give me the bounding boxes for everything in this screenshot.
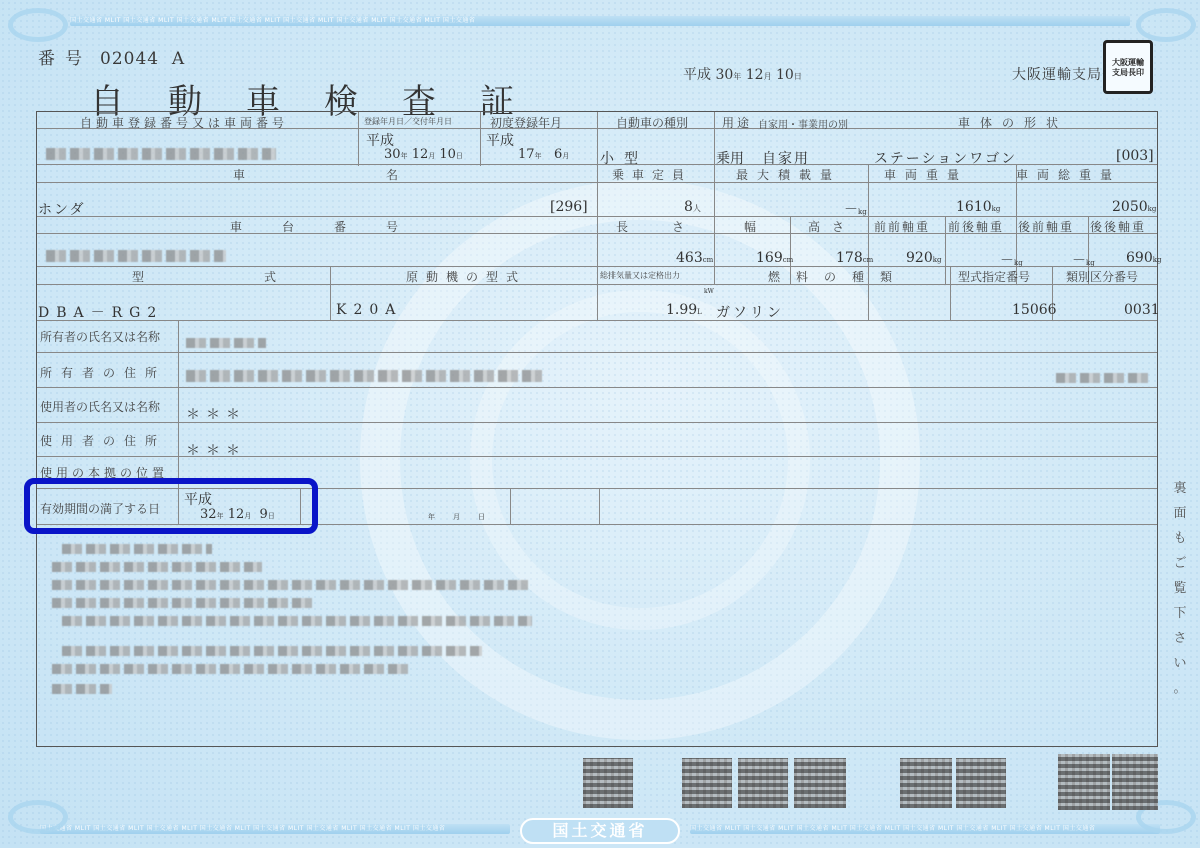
registration-number-redacted <box>46 148 276 160</box>
remarks-redacted <box>52 580 532 590</box>
divider <box>37 387 1157 388</box>
issue-day: 10 <box>776 67 794 83</box>
issue-month-unit: 月 <box>764 72 772 81</box>
divider <box>358 112 359 166</box>
reg-month: 12 <box>412 147 429 162</box>
unit: 年 <box>401 152 408 160</box>
header-usage: 用途 <box>722 114 752 131</box>
capacity-number: 8 <box>684 199 693 215</box>
header-body-shape: 車体の形状 <box>958 114 1068 131</box>
header-type-designation: 型式指定番号 <box>958 268 1030 285</box>
header-vehicle-name-2: 名 <box>386 166 398 183</box>
divider <box>714 112 715 284</box>
serial-number: 番号02044 A <box>38 44 185 69</box>
height-number: 178 <box>836 250 863 266</box>
unit: cm <box>703 256 714 264</box>
issue-date: 平成 30年 12月 10日 <box>683 64 802 84</box>
note-char: も <box>1170 526 1190 551</box>
header-owner-address: 所有者の住所 <box>40 364 166 381</box>
header-fuel: 燃料の種類 <box>768 268 908 285</box>
engine-model-value: K20A <box>336 302 402 318</box>
expiry-highlight-box <box>24 478 318 534</box>
divider <box>37 320 1157 321</box>
chassis-number-redacted <box>46 250 226 262</box>
header-category-number: 類別区分番号 <box>1066 268 1138 285</box>
displacement-unit-kw: kW <box>704 288 714 295</box>
capacity-value: 8人 <box>684 199 701 215</box>
unit: 年 <box>535 152 542 160</box>
note-char: 覧 <box>1170 576 1190 601</box>
header-capacity: 乗車定員 <box>612 166 692 183</box>
unit: cm <box>783 256 794 264</box>
note-char: さ <box>1170 626 1190 651</box>
remarks-redacted <box>62 544 212 554</box>
owner-address-code-redacted <box>1056 373 1150 383</box>
owner-address-redacted <box>186 370 546 382</box>
header-registration-date: 登録年月日／交付年月日 <box>364 116 452 127</box>
body-shape-code: [003] <box>1116 148 1154 164</box>
unit: cm <box>863 256 874 264</box>
reg-day: 10 <box>439 147 456 162</box>
first-month: 6 <box>554 147 562 162</box>
unit: 月 <box>562 152 569 160</box>
unit: kg <box>933 256 942 264</box>
corner-ornament-icon <box>8 800 68 834</box>
first-registration-value: 17年 6月 <box>518 147 569 162</box>
length-number: 463 <box>676 250 703 266</box>
unit: kg <box>992 205 1001 213</box>
gross-weight-number: 2050 <box>1112 199 1148 215</box>
top-security-band: 国土交通省 MLIT 国土交通省 MLIT 国土交通省 MLIT 国土交通省 M… <box>70 16 1130 26</box>
width-number: 169 <box>756 250 783 266</box>
header-width: 幅 <box>744 218 756 235</box>
header-displacement: 総排気量又は定格出力 <box>600 270 680 281</box>
qr-code-icon <box>794 758 846 808</box>
second-date-units: 年月日 <box>428 512 503 522</box>
issuer: 大阪運輸支局長 <box>1012 64 1117 84</box>
header-registration-number: 自動車登録番号又は車両番号 <box>80 114 288 131</box>
header-usage-sub: 自家用・事業用の別 <box>758 116 848 131</box>
unit: kg <box>1148 205 1157 213</box>
note-char: 。 <box>1170 676 1190 701</box>
header-gross-weight: 車両総重量 <box>1016 166 1121 183</box>
qr-code-icon <box>738 758 788 808</box>
header-owner-name: 所有者の氏名又は名称 <box>40 328 160 345</box>
stamp-text: 大阪運輸支局長印 <box>1110 57 1146 77</box>
fuel-value: ガソリン <box>716 302 784 322</box>
bottom-security-band-left: 国土交通省 MLIT 国土交通省 MLIT 国土交通省 MLIT 国土交通省 M… <box>40 824 510 834</box>
divider <box>945 216 946 284</box>
remarks-redacted <box>52 664 412 674</box>
header-rr-axle: 後後軸重 <box>1090 218 1146 235</box>
header-vehicle-weight: 車両重量 <box>884 166 968 183</box>
displacement-number: 1.99 <box>666 302 697 318</box>
note-char: ご <box>1170 551 1190 576</box>
height-value: 178cm <box>836 250 873 266</box>
width-value: 169cm <box>756 250 793 266</box>
rf-axle-value: －kg <box>1072 250 1095 270</box>
serial-value: 02044 A <box>100 49 185 69</box>
divider <box>599 488 600 524</box>
unit: L <box>697 308 702 316</box>
header-max-load: 最大積載量 <box>736 166 841 183</box>
divider <box>868 164 869 320</box>
unit: 人 <box>693 204 701 213</box>
usage-sub-value: 自家用 <box>762 148 810 168</box>
header-length: 長さ <box>616 218 728 235</box>
type-designation-value: 15066 <box>1012 302 1057 318</box>
fr-axle-value: －kg <box>1000 250 1023 270</box>
reg-year: 30 <box>384 147 401 162</box>
issue-day-unit: 日 <box>794 72 802 81</box>
ff-axle-number: 920 <box>906 250 933 266</box>
vehicle-weight-value: 1610kg <box>956 199 1000 215</box>
corner-ornament-icon <box>1136 8 1196 42</box>
first-registration-era: 平成 <box>486 130 514 150</box>
header-rf-axle: 後前軸重 <box>1018 218 1074 235</box>
header-user-name: 使用者の氏名又は名称 <box>40 398 160 415</box>
note-char: 裏 <box>1170 476 1190 501</box>
remarks-redacted <box>62 646 482 656</box>
corner-ornament-icon <box>8 8 68 42</box>
length-value: 463cm <box>676 250 713 266</box>
unit: 日 <box>456 152 463 160</box>
bottom-security-band-right: 国土交通省 MLIT 国土交通省 MLIT 国土交通省 MLIT 国土交通省 M… <box>690 824 1160 834</box>
header-model: 型式 <box>132 268 396 285</box>
rf-axle-number: － <box>1072 253 1086 269</box>
ff-axle-value: 920kg <box>906 250 941 266</box>
first-year: 17 <box>518 147 535 162</box>
unit: kg <box>1086 259 1095 267</box>
divider <box>950 266 951 320</box>
issue-era: 平成 <box>683 67 711 83</box>
official-stamp-icon: 大阪運輸支局長印 <box>1103 40 1153 94</box>
unit: kg <box>1014 259 1023 267</box>
serial-label: 番号 <box>38 49 92 69</box>
issue-year-unit: 年 <box>733 72 741 81</box>
qr-code-icon <box>900 758 952 808</box>
remarks-redacted <box>62 616 532 626</box>
header-user-address: 使用者の住所 <box>40 432 166 449</box>
ministry-seal: 国土交通省 <box>520 818 680 844</box>
header-first-registration: 初度登録年月 <box>490 114 562 131</box>
unit: 月 <box>428 152 435 160</box>
qr-code-icon <box>1058 754 1110 810</box>
unit: 日 <box>478 513 503 521</box>
divider <box>510 488 511 524</box>
header-engine-model: 原動機の型式 <box>406 268 526 285</box>
max-load-value: －kg <box>844 199 867 219</box>
model-value: DBA－RG2 <box>38 302 163 322</box>
divider <box>597 112 598 320</box>
note-char: い <box>1170 651 1190 676</box>
body-shape-value: ステーションワゴン <box>874 148 1017 168</box>
remarks-redacted <box>52 598 312 608</box>
unit: 年 <box>428 513 453 521</box>
header-chassis-number: 車台番号 <box>230 218 438 235</box>
divider <box>480 112 481 166</box>
unit: kg <box>1153 256 1162 264</box>
issue-year: 30 <box>715 67 733 83</box>
qr-code-icon <box>583 758 633 808</box>
header-height: 高さ <box>808 218 856 235</box>
max-load-number: － <box>844 202 858 218</box>
unit: kg <box>858 208 867 216</box>
user-address-value: ＊＊＊ <box>186 440 246 460</box>
header-ff-axle: 前前軸重 <box>874 218 930 235</box>
note-char: 面 <box>1170 501 1190 526</box>
header-fr-axle: 前後軸重 <box>948 218 1004 235</box>
rr-axle-value: 690kg <box>1126 250 1161 266</box>
vehicle-weight-number: 1610 <box>956 199 992 215</box>
user-name-value: ＊＊＊ <box>186 404 246 424</box>
unit: 月 <box>453 513 478 521</box>
see-reverse-note: 裏 面 も ご 覧 下 さ い 。 <box>1170 476 1190 701</box>
note-char: 下 <box>1170 601 1190 626</box>
qr-code-icon <box>1112 754 1158 810</box>
qr-code-icon <box>682 758 732 808</box>
rr-axle-number: 690 <box>1126 250 1153 266</box>
vehicle-name-code: [296] <box>550 199 588 215</box>
owner-name-redacted <box>186 338 266 348</box>
usage-value: 乗用 <box>716 148 744 168</box>
qr-code-icon <box>956 758 1006 808</box>
displacement-value: 1.99L <box>666 302 702 318</box>
vehicle-type-value: 小型 <box>600 148 648 168</box>
fr-axle-number: － <box>1000 253 1014 269</box>
issue-month: 12 <box>746 67 764 83</box>
header-vehicle-name-1: 車 <box>233 166 245 183</box>
remarks-redacted <box>52 562 262 572</box>
gross-weight-value: 2050kg <box>1112 199 1156 215</box>
vehicle-name-value: ホンダ <box>38 199 85 219</box>
header-vehicle-type: 自動車の種別 <box>616 114 688 131</box>
remarks-redacted <box>52 684 112 694</box>
divider <box>37 352 1157 353</box>
registration-date-value: 30年 12月 10日 <box>384 147 463 162</box>
category-number-value: 0031 <box>1124 302 1160 318</box>
